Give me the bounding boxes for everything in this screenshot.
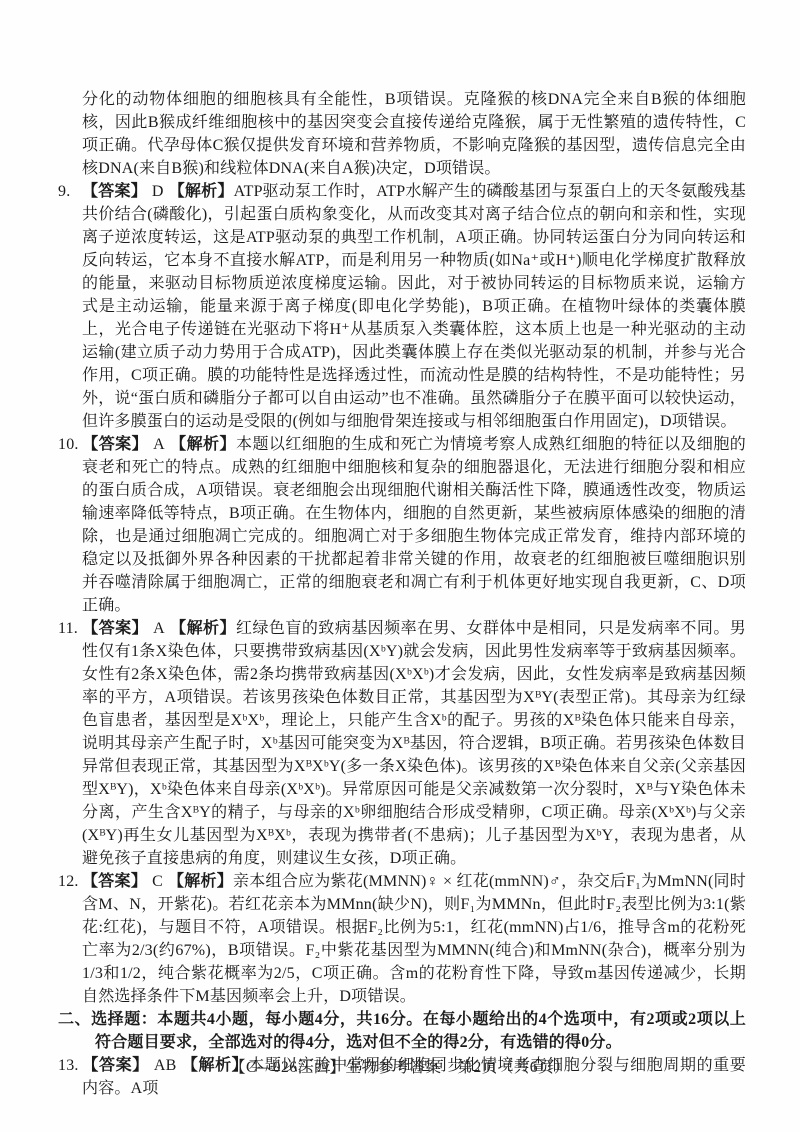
answer-9-paragraph: 9.【答案】D【解析】ATP驱动泵工作时，ATP水解产生的磷酸基团与泵蛋白上的天… xyxy=(58,180,746,433)
answer-label: 【答案】 xyxy=(82,436,148,453)
answer-10-paragraph: 10.【答案】A【解析】本题以红细胞的生成和死亡为情境考察人成熟红细胞的特征以及… xyxy=(58,433,746,617)
answer-8-continuation-paragraph: 分化的动物体细胞的细胞核具有全能性，B项错误。克隆猴的核DNA完全来自B猴的体细… xyxy=(58,88,746,180)
section-2-heading: 二、选择题：本题共4小题，每小题4分，共16分。在每小题给出的4个选项中，有2项… xyxy=(58,1008,746,1054)
analysis-text: 红绿色盲的致病基因频率在男、女群体中是相同，只是发病率不同。男性仅有1条X染色体… xyxy=(82,620,746,867)
answer-letter: D xyxy=(147,183,169,200)
answer-letter: C xyxy=(147,873,168,890)
answer-12-paragraph: 12.【答案】C【解析】亲本组合应为紫花(MMNN)♀ × 红花(mmNN)♂，… xyxy=(58,870,746,1008)
analysis-text: 本题以红细胞的生成和死亡为情境考察人成熟红细胞的特征以及细胞的衰老和死亡的特点。… xyxy=(82,436,746,614)
analysis-label: 【解析】 xyxy=(169,183,234,200)
answer-11-paragraph: 11.【答案】A【解析】红绿色盲的致病基因频率在男、女群体中是相同，只是发病率不… xyxy=(58,617,746,870)
answer-letter: A xyxy=(148,620,170,637)
answer-label: 【答案】 xyxy=(82,183,147,200)
question-number: 10. xyxy=(58,433,82,456)
page-text-block: 分化的动物体细胞的细胞核具有全能性，B项错误。克隆猴的核DNA完全来自B猴的体细… xyxy=(58,88,746,1100)
analysis-text: 亲本组合应为紫花(MMNN)♀ × 红花(mmNN)♂，杂交后F₁为MmNN(同… xyxy=(82,873,746,1005)
question-number: 12. xyxy=(58,870,82,893)
answer-label: 【答案】 xyxy=(82,620,148,637)
analysis-label: 【解析】 xyxy=(170,620,236,637)
question-number: 9. xyxy=(58,180,82,203)
question-number: 11. xyxy=(58,617,82,640)
analysis-label: 【解析】 xyxy=(168,873,233,890)
answer-letter: A xyxy=(148,436,170,453)
analysis-text: ATP驱动泵工作时，ATP水解产生的磷酸基团与泵蛋白上的天冬氨酸残基共价结合(磷… xyxy=(82,183,746,430)
answer-label: 【答案】 xyxy=(82,873,147,890)
page-footer: 【C—026江西】生物参考答案 第2页（共6页） xyxy=(0,1055,800,1077)
scanned-answer-key-page: 分化的动物体细胞的细胞核具有全能性，B项错误。克隆猴的核DNA完全来自B猴的体细… xyxy=(0,0,800,1132)
analysis-label: 【解析】 xyxy=(170,436,236,453)
